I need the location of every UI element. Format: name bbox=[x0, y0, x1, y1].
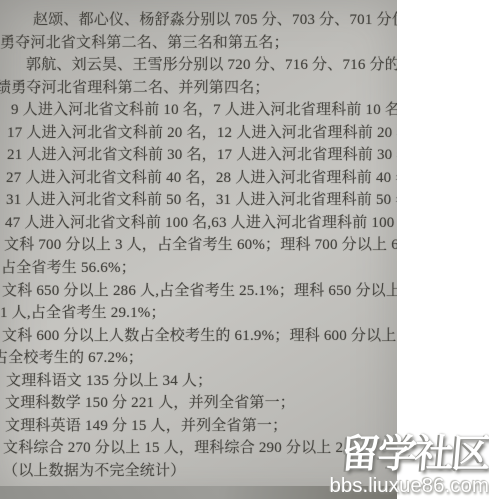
page: { "page": { "background": "#ffffff" }, "… bbox=[0, 0, 489, 499]
text-line: 绩勇夺河北省理科第二名、并列第四名； bbox=[0, 77, 397, 100]
text-line: （以上数据为不完全统计） bbox=[0, 460, 397, 483]
text-line: 文科 700 分以上 3 人，占全省考生 60%；理科 700 分以上 69 bbox=[0, 234, 397, 257]
text-line: 9 人进入河北省文科前 10 名，7 人进入河北省理科前 10 名； bbox=[0, 99, 397, 122]
text-line: 文理科英语 149 分 15 人，并列全省第一； bbox=[0, 415, 397, 438]
text-line: 文科 600 分以上人数占全校考生的 61.9%；理科 600 分以上人 bbox=[0, 325, 397, 348]
text-line: 文科综合 270 分以上 15 人，理科综合 290 分以上 21 bbox=[0, 437, 397, 460]
document-text-block: 赵颂、都心仪、杨舒淼分别以 705 分、703 分、701 分优异成绩勇夺河北省… bbox=[0, 9, 397, 482]
text-line: 1 人,占全省考生 29.1%； bbox=[0, 302, 397, 325]
text-line: 17 人进入河北省文科前 20 名，12 人进入河北省理科前 20 名； bbox=[0, 122, 397, 145]
text-line: 21 人进入河北省文科前 30 名，17 人进入河北省理科前 30 名； bbox=[0, 144, 397, 167]
photo-bottom-edge bbox=[0, 486, 397, 499]
text-line: 占全校考生的 67.2%； bbox=[0, 347, 397, 370]
text-line: 占全省考生 56.6%； bbox=[0, 257, 397, 280]
document-photo: 赵颂、都心仪、杨舒淼分别以 705 分、703 分、701 分优异成绩勇夺河北省… bbox=[0, 0, 397, 499]
text-line: 勇夺河北省文科第二名、第三名和第五名； bbox=[0, 32, 397, 55]
text-line: 赵颂、都心仪、杨舒淼分别以 705 分、703 分、701 分优异成绩 bbox=[0, 9, 397, 32]
text-line: 文理科语文 135 分以上 34 人； bbox=[0, 370, 397, 393]
text-line: 31 人进入河北省文科前 50 名，31 人进入河北省理科前 50 名； bbox=[0, 189, 397, 212]
text-line: 文科 650 分以上 286 人,占全省考生 25.1%；理科 650 分以上 bbox=[0, 280, 397, 303]
text-line: 27 人进入河北省文科前 40 名，28 人进入河北省理科前 40 名； bbox=[0, 167, 397, 190]
text-line: 郭航、刘云昊、王雪彤分别以 720 分、716 分、716 分的优异成 bbox=[0, 54, 397, 77]
text-line: 47 人进入河北省文科前 100 名,63 人进入河北省理科前 100 名； bbox=[0, 212, 397, 235]
text-line: 文理科数学 150 分 221 人，并列全省第一； bbox=[0, 392, 397, 415]
